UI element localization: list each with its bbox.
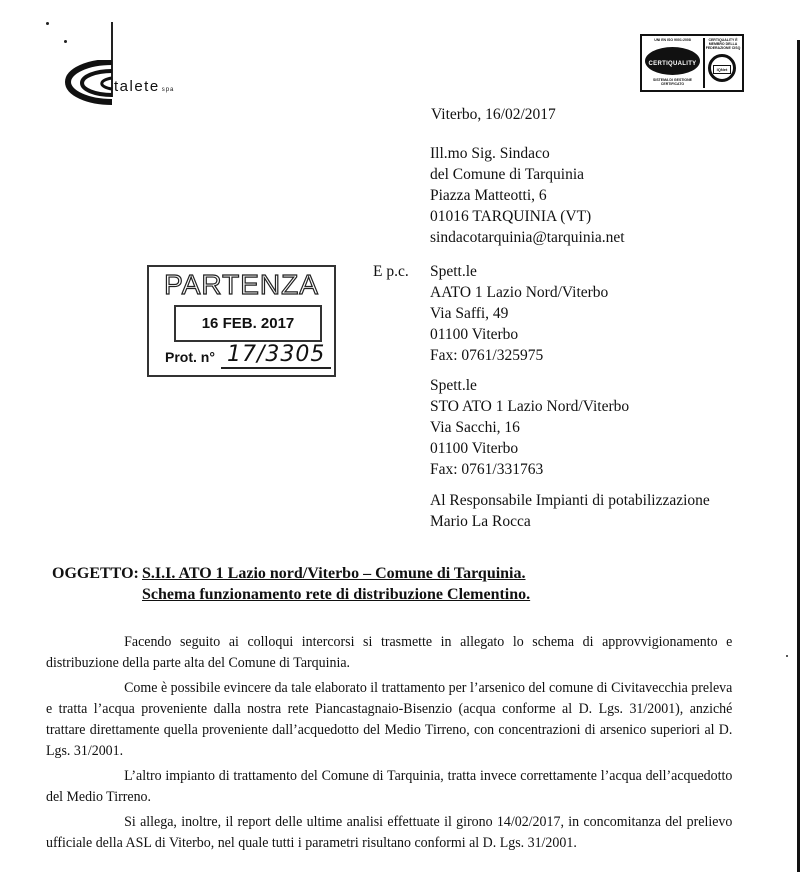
cc-recipient-2: Spett.le STO ATO 1 Lazio Nord/Viterbo Vi… xyxy=(430,375,629,480)
cc-line: 01100 Viterbo xyxy=(430,438,629,459)
logo-arcs-icon xyxy=(62,60,122,110)
cert-oval-label: CERTIQUALITY xyxy=(645,61,700,67)
stamp-prot-label: Prot. n° xyxy=(165,349,215,365)
paragraph: Come è possibile evincere da tale elabor… xyxy=(46,678,732,762)
cc-recipient-3: Al Responsabile Impianti di potabilizzaz… xyxy=(430,490,710,532)
paragraph: Facendo seguito ai colloqui intercorsi s… xyxy=(46,632,732,674)
company-logo: taletespa xyxy=(62,22,192,102)
subject-line-2: Schema funzionamento rete di distribuzio… xyxy=(142,584,530,605)
cert-federation-text: CERTIQUALITY È MEMBRO DELLA FEDERAZIONE … xyxy=(705,38,741,50)
letter-body: Facendo seguito ai colloqui intercorsi s… xyxy=(46,632,684,854)
stamp-title: PARTENZA xyxy=(149,269,334,301)
cc-line: Via Sacchi, 16 xyxy=(430,417,629,438)
cc-line: 01100 Viterbo xyxy=(430,324,608,345)
paragraph: L’altro impianto di trattamento del Comu… xyxy=(46,766,732,808)
subject-line-1: S.I.I. ATO 1 Lazio nord/Viterbo – Comune… xyxy=(142,563,526,584)
cc-line: STO ATO 1 Lazio Nord/Viterbo xyxy=(430,396,629,417)
company-suffix: spa xyxy=(162,87,175,93)
cc-line: Mario La Rocca xyxy=(430,511,710,532)
iqnet-seal-icon: IQNet xyxy=(708,54,736,82)
cc-fax: Fax: 0761/325975 xyxy=(430,345,608,366)
cc-fax: Fax: 0761/331763 xyxy=(430,459,629,480)
cc-line: AATO 1 Lazio Nord/Viterbo xyxy=(430,282,608,303)
certification-badge: UNI EN ISO 9001:2008 CERTIQUALITY SISTEM… xyxy=(640,34,744,92)
cc-line: Spett.le xyxy=(430,375,629,396)
subject-label: OGGETTO: xyxy=(52,563,139,584)
recipient-line: Piazza Matteotti, 6 xyxy=(430,185,625,206)
protocol-stamp: PARTENZA 16 FEB. 2017 Prot. n° 17/3305 xyxy=(147,265,336,377)
company-name-text: talete xyxy=(114,78,160,95)
paragraph: Si allega, inoltre, il report delle ulti… xyxy=(46,812,732,854)
recipient-line: Ill.mo Sig. Sindaco xyxy=(430,143,625,164)
letter-date: Viterbo, 16/02/2017 xyxy=(431,104,556,125)
company-name: taletespa xyxy=(114,78,174,95)
certiquality-oval-icon: CERTIQUALITY xyxy=(645,47,700,75)
cert-system-text: SISTEMA DI GESTIONE CERTIFICATO xyxy=(644,78,701,86)
stamp-date: 16 FEB. 2017 xyxy=(174,305,322,342)
cc-label: E p.c. xyxy=(373,261,409,282)
cc-line: Al Responsabile Impianti di potabilizzaz… xyxy=(430,490,710,511)
cc-line: Spett.le xyxy=(430,261,608,282)
stamp-underline xyxy=(221,367,331,369)
cc-line: Via Saffi, 49 xyxy=(430,303,608,324)
iqnet-label: IQNet xyxy=(713,65,731,74)
cert-standard-text: UNI EN ISO 9001:2008 xyxy=(644,38,701,42)
recipient-email: sindacotarquinia@tarquinia.net xyxy=(430,227,625,248)
stamp-prot-number: 17/3305 xyxy=(227,342,325,367)
scan-speck xyxy=(786,655,788,657)
cc-recipient-1: Spett.le AATO 1 Lazio Nord/Viterbo Via S… xyxy=(430,261,608,366)
scan-speck xyxy=(46,22,49,25)
recipient-line: 01016 TARQUINIA (VT) xyxy=(430,206,625,227)
recipient-line: del Comune di Tarquinia xyxy=(430,164,625,185)
recipient-block: Ill.mo Sig. Sindaco del Comune di Tarqui… xyxy=(430,143,625,248)
